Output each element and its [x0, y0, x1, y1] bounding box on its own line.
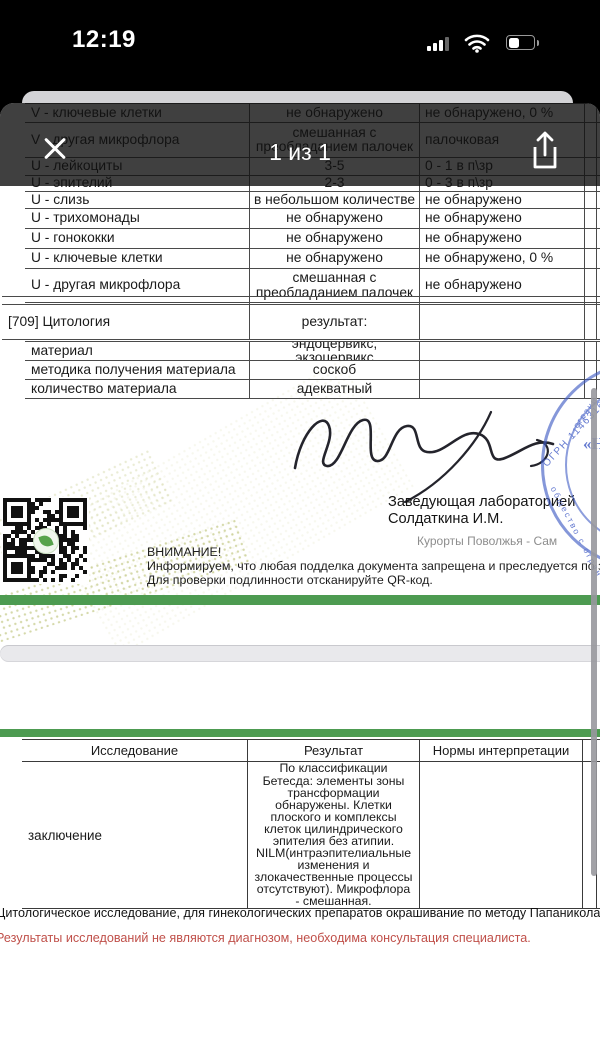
table-row: материал эндоцервикс, экзоцервикс [25, 342, 600, 361]
row-label: U - слизь [25, 192, 250, 208]
signal-strength-icon [427, 37, 455, 51]
row-result: не обнаружено [250, 229, 420, 248]
row-norm: не обнаружено [420, 229, 585, 248]
handwritten-signature [285, 398, 565, 503]
page-indicator: 1 из 1 [0, 139, 600, 166]
table-row: U - гонококки не обнаружено не обнаружен… [25, 229, 600, 249]
table-row: методика получения материала соскоб [25, 361, 600, 380]
status-bar: 12:19 [0, 0, 600, 103]
battery-icon [506, 35, 535, 50]
conclusion-table: Исследование Результат Нормы интерпретац… [22, 739, 600, 909]
row-label: заключение [22, 762, 248, 908]
page-header-bar [0, 729, 600, 737]
row-result: По классификации Бетесда: элементы зоны … [248, 762, 420, 908]
row-value: эндоцервикс, экзоцервикс [250, 342, 420, 360]
row-norm: не обнаружено, 0 % [420, 249, 585, 268]
row-norm: не обнаружено [420, 192, 585, 208]
row-value: адекватный [250, 380, 420, 398]
table-row: количество материала адекватный [25, 380, 600, 399]
viewer-toolbar: 1 из 1 [0, 103, 600, 186]
warning-line: Для проверки подлинности отсканируйте QR… [147, 574, 600, 588]
phone-screen: 12:19 V - ключевые клетки не обнаружено … [0, 0, 600, 1044]
page-separator [0, 645, 600, 662]
row-value: соскоб [250, 361, 420, 379]
method-note: Цитологическое исследование, для гинекол… [0, 906, 600, 920]
column-header: Исследование [22, 740, 248, 761]
page-footer-bar [0, 595, 600, 605]
row-label: методика получения материала [25, 361, 250, 379]
column-header: Нормы интерпретации [420, 740, 583, 761]
cytology-header-row: [709] Цитология результат: [2, 304, 600, 340]
row-norm: не обнаружено [420, 209, 585, 228]
row-label: материал [25, 342, 250, 360]
clock: 12:19 [72, 26, 136, 54]
qr-code [2, 497, 89, 584]
row-result: в небольшом количестве [250, 192, 420, 208]
row-label: U - трихомонады [25, 209, 250, 228]
wifi-icon [464, 34, 490, 58]
table-row: U - трихомонады не обнаружено не обнаруж… [25, 209, 600, 229]
table-row: U - слизь в небольшом количестве не обна… [25, 192, 600, 209]
scroll-indicator[interactable] [591, 388, 597, 876]
row-label: U - ключевые клетки [25, 249, 250, 268]
table-row: U - ключевые клетки не обнаружено не обн… [25, 249, 600, 269]
column-header: Результат [248, 740, 420, 761]
row-label: U - гонококки [25, 229, 250, 248]
cytology-table: материал эндоцервикс, экзоцервикс методи… [25, 341, 600, 399]
warning-block: ВНИМАНИЕ! Информируем, что любая подделк… [147, 546, 600, 587]
section-title: [709] Цитология [2, 305, 250, 339]
row-label: количество материала [25, 380, 250, 398]
leaf-logo-icon [33, 528, 59, 554]
table-header-row: Исследование Результат Нормы интерпретац… [22, 740, 600, 762]
warning-heading: ВНИМАНИЕ! [147, 546, 600, 560]
row-result: не обнаружено [250, 249, 420, 268]
table-row: заключение По классификации Бетесда: эле… [22, 762, 600, 909]
share-button[interactable] [528, 129, 562, 173]
cytology-section: [709] Цитология результат: [2, 296, 600, 340]
warning-line: Информируем, что любая подделка документ… [147, 560, 600, 574]
document-page-2: Исследование Результат Нормы интерпретац… [0, 662, 600, 1044]
row-result: не обнаружено [250, 209, 420, 228]
section-result-label: результат: [250, 305, 420, 339]
disclaimer-text: Результаты исследований не являются диаг… [0, 931, 531, 945]
